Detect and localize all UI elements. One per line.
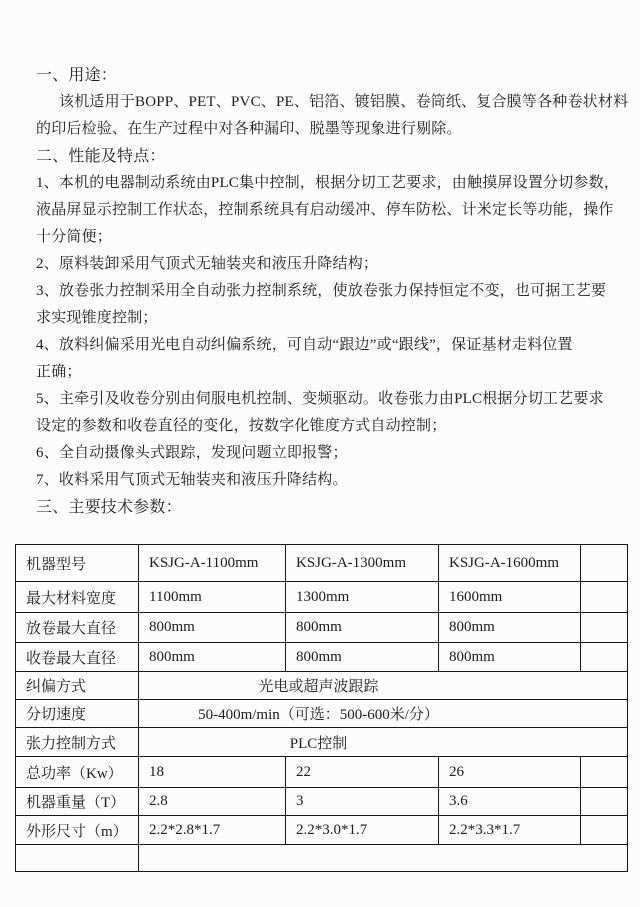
feature-line: 2、原料装卸采用气顶式无轴装夹和液压升降结构；	[36, 251, 604, 278]
cell-value: 800mm	[139, 643, 286, 672]
cell-value: 3	[286, 788, 439, 816]
cell-empty	[581, 613, 628, 643]
cell-value: KSJG-A-1300mm	[286, 545, 439, 582]
section-heading-features: 二、性能及特点：	[36, 143, 604, 170]
table-row-dimensions: 外形尺寸（m） 2.2*2.8*1.7 2.2*3.0*1.7 2.2*3.3*…	[16, 816, 628, 845]
cell-value: 3.6	[439, 788, 581, 816]
cell-label: 分切速度	[16, 700, 139, 728]
cell-merged-value: 光电或超声波跟踪	[139, 672, 628, 700]
table-row-model: 机器型号 KSJG-A-1100mm KSJG-A-1300mm KSJG-A-…	[16, 545, 628, 582]
cell-merged-value	[139, 845, 628, 872]
cell-empty	[581, 643, 628, 672]
cell-label: 机器重量（T）	[16, 788, 139, 816]
table-row-machine-weight: 机器重量（T） 2.8 3 3.6	[16, 788, 628, 816]
feature-line: 5、主牵引及收卷分别由伺服电机控制、变频驱动。收卷张力由PLC根据分切工艺要求	[36, 386, 604, 413]
feature-line: 3、放卷张力控制采用全自动张力控制系统，使放卷张力保持恒定不变，也可据工艺要	[36, 278, 604, 305]
cell-value: 800mm	[286, 613, 439, 643]
cell-label: 张力控制方式	[16, 728, 139, 757]
feature-line: 正确；	[36, 359, 604, 386]
cell-label: 放卷最大直径	[16, 613, 139, 643]
cell-value: 22	[286, 757, 439, 788]
cell-label: 收卷最大直径	[16, 643, 139, 672]
table-row-total-power: 总功率（Kw） 18 22 26	[16, 757, 628, 788]
cell-value: KSJG-A-1100mm	[139, 545, 286, 582]
table-row-blank	[16, 845, 628, 872]
table-row-max-width: 最大材料宽度 1100mm 1300mm 1600mm	[16, 582, 628, 613]
cell-empty	[581, 545, 628, 582]
feature-line: 十分简便；	[36, 224, 604, 251]
cell-value: 800mm	[439, 613, 581, 643]
feature-line: 液晶屏显示控制工作状态，控制系统具有启动缓冲、停车防松、计米定长等功能，操作	[36, 197, 604, 224]
cell-value: 800mm	[286, 643, 439, 672]
cell-empty	[581, 816, 628, 845]
cell-merged-value: PLC控制	[139, 728, 628, 757]
feature-line: 4、放料纠偏采用光电自动纠偏系统，可自动“跟边”或“跟线”，保证基材走料位置	[36, 332, 604, 359]
feature-line: 设定的参数和收卷直径的变化，按数字化锥度方式自动控制；	[36, 413, 604, 440]
cell-value: 800mm	[139, 613, 286, 643]
cell-value: 1100mm	[139, 582, 286, 613]
table-row-correction-method: 纠偏方式 光电或超声波跟踪	[16, 672, 628, 700]
cell-value: 2.2*3.3*1.7	[439, 816, 581, 845]
cell-label: 最大材料宽度	[16, 582, 139, 613]
cell-empty	[581, 757, 628, 788]
cell-value: 1300mm	[286, 582, 439, 613]
cell-value: 26	[439, 757, 581, 788]
usage-paragraph-line: 该机适用于BOPP、PET、PVC、PE、铝箔、镀铝膜、卷筒纸、复合膜等各种卷状…	[36, 89, 604, 116]
cell-label: 总功率（Kw）	[16, 757, 139, 788]
cell-merged-value: 50-400m/min（可选：500-600米/分）	[139, 700, 628, 728]
document-page: 一、用途： 该机适用于BOPP、PET、PVC、PE、铝箔、镀铝膜、卷筒纸、复合…	[0, 0, 640, 907]
cell-label: 机器型号	[16, 545, 139, 582]
cell-value: 18	[139, 757, 286, 788]
feature-line: 7、收料采用气顶式无轴装夹和液压升降结构。	[36, 467, 604, 494]
feature-line: 6、全自动摄像头式跟踪，发现问题立即报警；	[36, 440, 604, 467]
params-table: 机器型号 KSJG-A-1100mm KSJG-A-1300mm KSJG-A-…	[15, 544, 628, 872]
section-heading-usage: 一、用途：	[36, 62, 604, 89]
section-heading-params: 三、主要技术参数：	[36, 494, 604, 521]
cell-empty	[581, 582, 628, 613]
cell-label: 外形尺寸（m）	[16, 816, 139, 845]
feature-line: 求实现锥度控制；	[36, 305, 604, 332]
cell-value: 2.2*2.8*1.7	[139, 816, 286, 845]
cell-value: 2.2*3.0*1.7	[286, 816, 439, 845]
cell-value: 2.8	[139, 788, 286, 816]
cell-empty	[581, 788, 628, 816]
cell-value: 800mm	[439, 643, 581, 672]
table-row-unwind-diameter: 放卷最大直径 800mm 800mm 800mm	[16, 613, 628, 643]
cell-label	[16, 845, 139, 872]
cell-label: 纠偏方式	[16, 672, 139, 700]
table-row-slitting-speed: 分切速度 50-400m/min（可选：500-600米/分）	[16, 700, 628, 728]
table-row-rewind-diameter: 收卷最大直径 800mm 800mm 800mm	[16, 643, 628, 672]
cell-value: KSJG-A-1600mm	[439, 545, 581, 582]
table-row-tension-control: 张力控制方式 PLC控制	[16, 728, 628, 757]
usage-paragraph-line: 的印后检验、在生产过程中对各种漏印、脱墨等现象进行剔除。	[36, 116, 604, 143]
feature-line: 1、本机的电器制动系统由PLC集中控制，根据分切工艺要求，由触摸屏设置分切参数，	[36, 170, 604, 197]
cell-value: 1600mm	[439, 582, 581, 613]
document-text: 一、用途： 该机适用于BOPP、PET、PVC、PE、铝箔、镀铝膜、卷筒纸、复合…	[0, 0, 640, 521]
